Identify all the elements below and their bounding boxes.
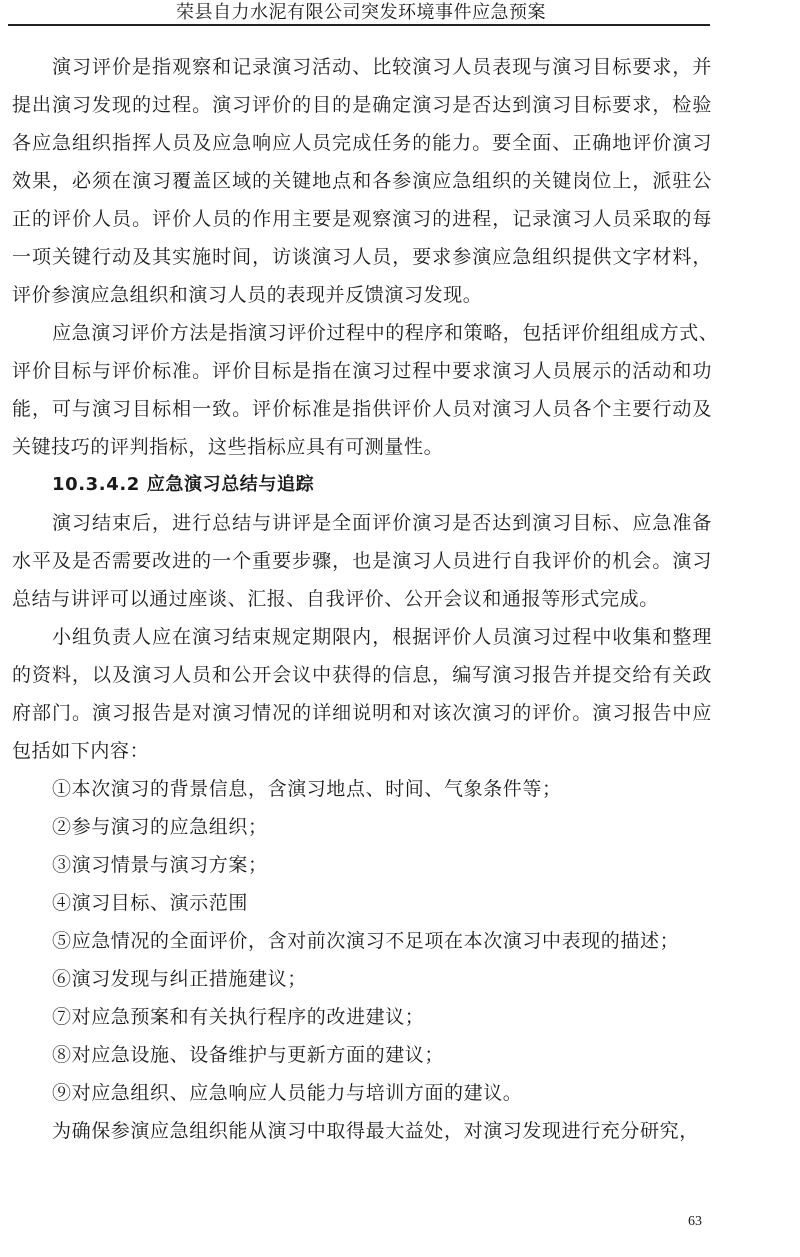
list-item: ④演习目标、演示范围 bbox=[12, 891, 248, 915]
paragraph-line: 能，可与演习目标相一致。评价标准是指供评价人员对演习人员各个主要行动及 bbox=[12, 397, 712, 421]
paragraph-line: 评价目标与评价标准。评价目标是指在演习过程中要求演习人员展示的活动和功 bbox=[12, 359, 712, 383]
list-item: ⑦对应急预案和有关执行程序的改进建议； bbox=[12, 1005, 424, 1029]
paragraph-line: 评价参演应急组织和演习人员的表现并反馈演习发现。 bbox=[12, 283, 482, 307]
list-item: ⑤应急情况的全面评价，含对前次演习不足项在本次演习中表现的描述； bbox=[12, 929, 679, 953]
paragraph-line: 应急演习评价方法是指演习评价过程中的程序和策略，包括评价组组成方式、 bbox=[12, 321, 712, 345]
list-item: ⑧对应急设施、设备维护与更新方面的建议； bbox=[12, 1043, 444, 1067]
paragraph-line: 府部门。演习报告是对演习情况的详细说明和对该次演习的评价。演习报告中应 bbox=[12, 701, 712, 725]
paragraph-line: 正的评价人员。评价人员的作用主要是观察演习的进程，记录演习人员采取的每 bbox=[12, 207, 712, 231]
paragraph-line: 提出演习发现的过程。演习评价的目的是确定演习是否达到演习目标要求，检验 bbox=[12, 93, 712, 117]
document-header-title: 荣县自力水泥有限公司突发环境事件应急预案 bbox=[12, 2, 710, 24]
list-item: ②参与演习的应急组织； bbox=[12, 815, 268, 839]
paragraph-line: 一项关键行动及其实施时间，访谈演习人员，要求参演应急组织提供文字材料， bbox=[12, 245, 712, 269]
list-item: ①本次演习的背景信息，含演习地点、时间、气象条件等； bbox=[12, 777, 562, 801]
list-item: ③演习情景与演习方案； bbox=[12, 853, 268, 877]
page-number: 63 bbox=[688, 1214, 702, 1230]
paragraph-line: 为确保参演应急组织能从演习中取得最大益处，对演习发现进行充分研究， bbox=[12, 1119, 699, 1143]
paragraph-line: 效果，必须在演习覆盖区域的关键地点和各参演应急组织的关键岗位上，派驻公 bbox=[12, 169, 712, 193]
list-item: ⑥演习发现与纠正措施建议； bbox=[12, 967, 307, 991]
section-heading: 10.3.4.2 应急演习总结与追踪 bbox=[12, 473, 314, 497]
paragraph-line: 演习评价是指观察和记录演习活动、比较演习人员表现与演习目标要求，并 bbox=[12, 55, 712, 79]
paragraph-line: 关键技巧的评判指标，这些指标应具有可测量性。 bbox=[12, 435, 443, 459]
paragraph-line: 的资料，以及演习人员和公开会议中获得的信息，编写演习报告并提交给有关政 bbox=[12, 663, 712, 687]
paragraph-line: 包括如下内容： bbox=[12, 739, 149, 763]
paragraph-line: 小组负责人应在演习结束规定期限内，根据评价人员演习过程中收集和整理 bbox=[12, 625, 712, 649]
header-divider bbox=[8, 24, 710, 26]
paragraph-line: 各应急组织指挥人员及应急响应人员完成任务的能力。要全面、正确地评价演习 bbox=[12, 131, 712, 155]
paragraph-line: 总结与讲评可以通过座谈、汇报、自我评价、公开会议和通报等形式完成。 bbox=[12, 587, 659, 611]
list-item: ⑨对应急组织、应急响应人员能力与培训方面的建议。 bbox=[12, 1081, 522, 1105]
paragraph-line: 水平及是否需要改进的一个重要步骤，也是演习人员进行自我评价的机会。演习 bbox=[12, 549, 712, 573]
paragraph-line: 演习结束后，进行总结与讲评是全面评价演习是否达到演习目标、应急准备 bbox=[12, 511, 712, 535]
